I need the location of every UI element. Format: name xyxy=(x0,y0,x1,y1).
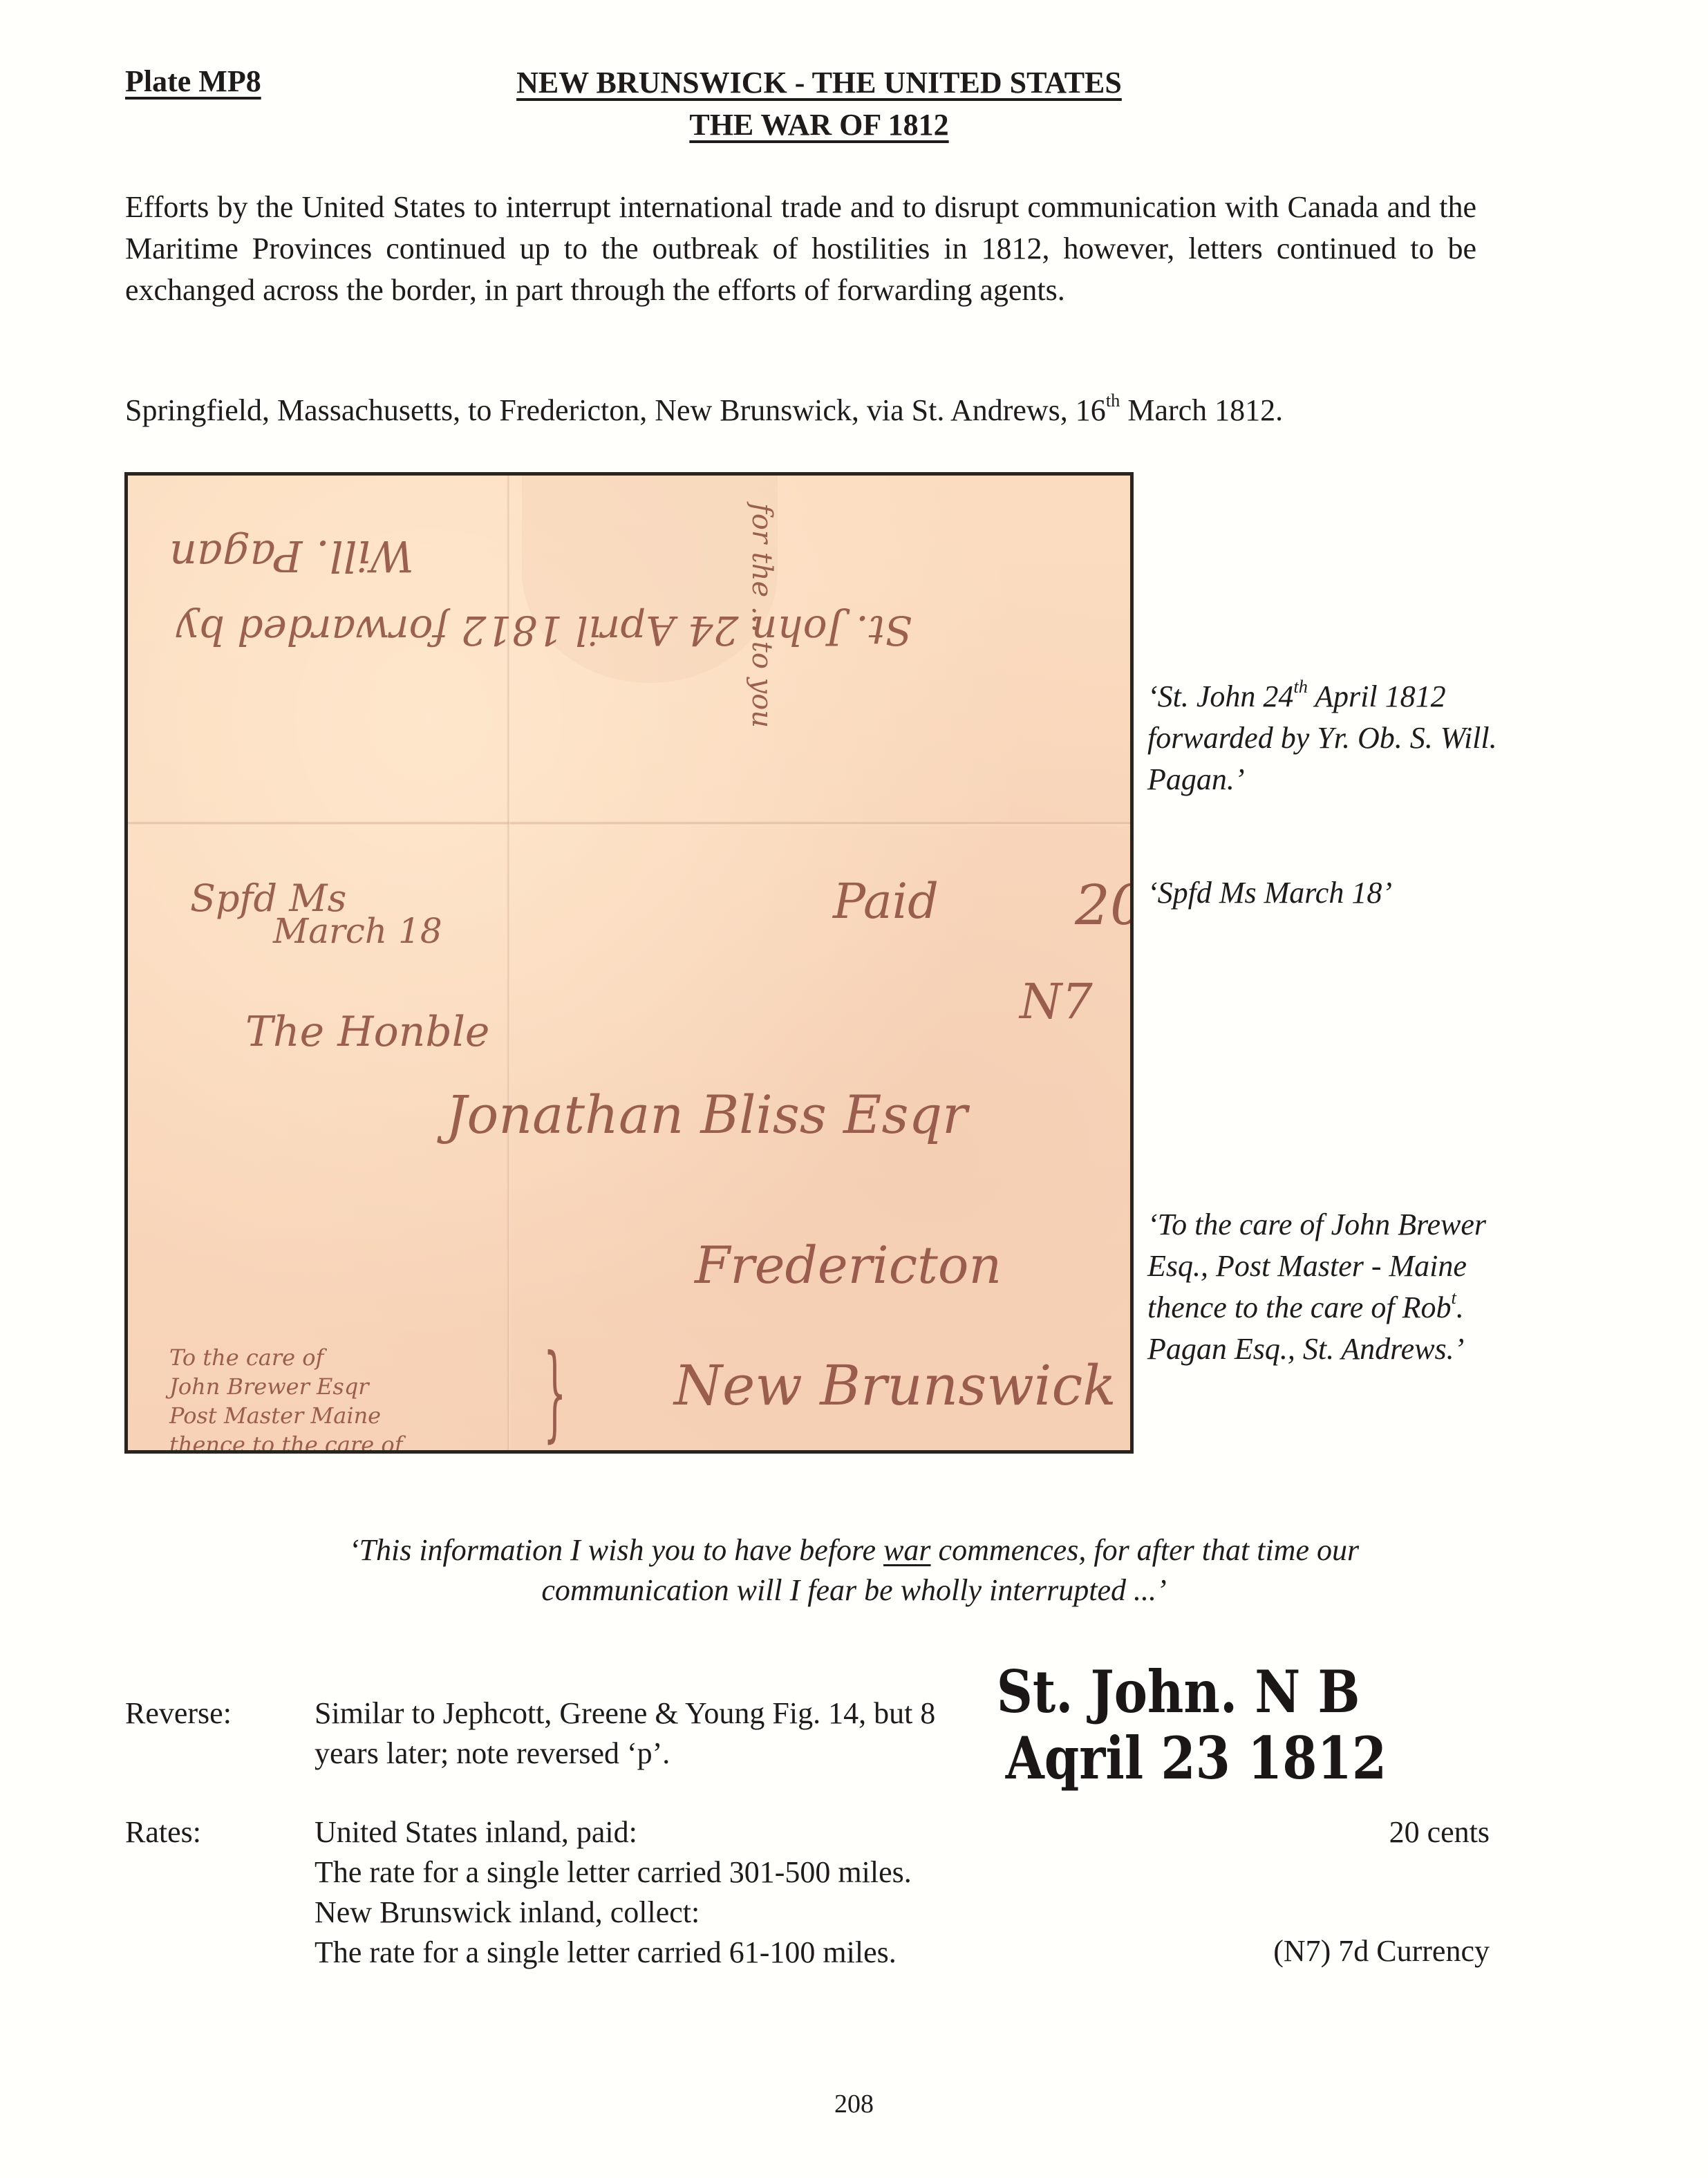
title-line-1: NEW BRUNSWICK - THE UNITED STATES xyxy=(463,65,1175,100)
rate-line: The rate for a single letter carried 301… xyxy=(315,1852,1075,1893)
care-of-line: To the care of xyxy=(169,1343,430,1372)
caption-care-of: ‘To the care of John Brewer Esq., Post M… xyxy=(1147,1204,1507,1370)
postmark-illustration: St. John. N B Aqril 23 1812 xyxy=(964,1659,1392,1792)
ink-upside-1: Will. Pagan xyxy=(169,531,414,581)
rate-line: New Brunswick inland, collect: xyxy=(315,1893,1075,1933)
quote-line-1: ‘This information I wish you to have bef… xyxy=(0,1530,1708,1570)
caption-text: ‘To the care of John Brewer Esq., Post M… xyxy=(1147,1208,1486,1324)
ink-honorific: The Honble xyxy=(245,1008,489,1056)
ink-upside-2: St. John 24 April 1812 forwarded by xyxy=(176,607,912,654)
caption-sup: th xyxy=(1293,676,1308,697)
rates-list: United States inland, paid: The rate for… xyxy=(315,1812,1075,1973)
route-text-end: March 1812. xyxy=(1120,393,1283,427)
ink-city: Fredericton xyxy=(695,1236,1002,1295)
ink-paid: Paid xyxy=(833,873,939,930)
rate-us-amount: 20 cents xyxy=(1217,1812,1490,1852)
caption-text: ‘St. John 24 xyxy=(1147,679,1293,713)
care-of-line: thence to the care of xyxy=(169,1430,430,1454)
rates-label: Rates: xyxy=(125,1812,201,1852)
route-sup: th xyxy=(1106,390,1120,411)
ink-brace-icon: } xyxy=(543,1333,566,1453)
plate-label: Plate MP8 xyxy=(125,64,261,99)
care-of-line: John Brewer Esqr xyxy=(169,1372,430,1401)
ink-postmark-date: March 18 xyxy=(273,911,442,951)
rate-nb-amount: (N7) 7d Currency xyxy=(1078,1931,1490,1971)
quote-text: ‘This information I wish you to have bef… xyxy=(349,1533,883,1567)
ink-province: New Brunswick xyxy=(674,1353,1116,1418)
reverse-label: Reverse: xyxy=(125,1693,232,1734)
rate-line: United States inland, paid: xyxy=(315,1812,1075,1852)
caption-sup: t xyxy=(1451,1287,1456,1308)
quote-line-2: communication will I fear be wholly inte… xyxy=(0,1570,1708,1611)
ink-vertical: for the ... to you xyxy=(746,503,778,728)
title-line-2: THE WAR OF 1812 xyxy=(463,107,1175,142)
route-text: Springfield, Massachusetts, to Frederict… xyxy=(125,393,1106,427)
ink-addressee: Jonathan Bliss Esqr xyxy=(446,1084,967,1145)
ink-care-of: To the care of John Brewer Esqr Post Mas… xyxy=(169,1343,430,1454)
page-title: NEW BRUNSWICK - THE UNITED STATES THE WA… xyxy=(463,65,1175,149)
reverse-text: Similar to Jephcott, Greene & Young Fig.… xyxy=(315,1693,937,1774)
caption-spfd: ‘Spfd Ms March 18’ xyxy=(1147,872,1507,914)
intro-paragraph: Efforts by the United States to interrup… xyxy=(125,187,1476,311)
letter-quote: ‘This information I wish you to have bef… xyxy=(0,1530,1708,1611)
postmark-line-2: Aqril 23 1812 xyxy=(964,1725,1392,1792)
postmark-line-1: St. John. N B xyxy=(964,1659,1392,1725)
rate-line: The rate for a single letter carried 61-… xyxy=(315,1933,1075,1973)
page-number: 208 xyxy=(0,2089,1708,2119)
quote-text: commences, for after that time our xyxy=(931,1533,1360,1567)
letter-image: Will. Pagan St. John 24 April 1812 forwa… xyxy=(124,472,1134,1454)
ink-paid-rate: 20 xyxy=(1075,873,1134,937)
quote-underlined: war xyxy=(883,1533,930,1567)
caption-st-john: ‘St. John 24th April 1812 forwarded by Y… xyxy=(1147,676,1507,800)
care-of-line: Post Master Maine xyxy=(169,1401,430,1430)
route-line: Springfield, Massachusetts, to Frederict… xyxy=(125,390,1508,431)
fold-line-horizontal xyxy=(128,821,1130,825)
ink-collect-rate: N7 xyxy=(1020,973,1093,1030)
